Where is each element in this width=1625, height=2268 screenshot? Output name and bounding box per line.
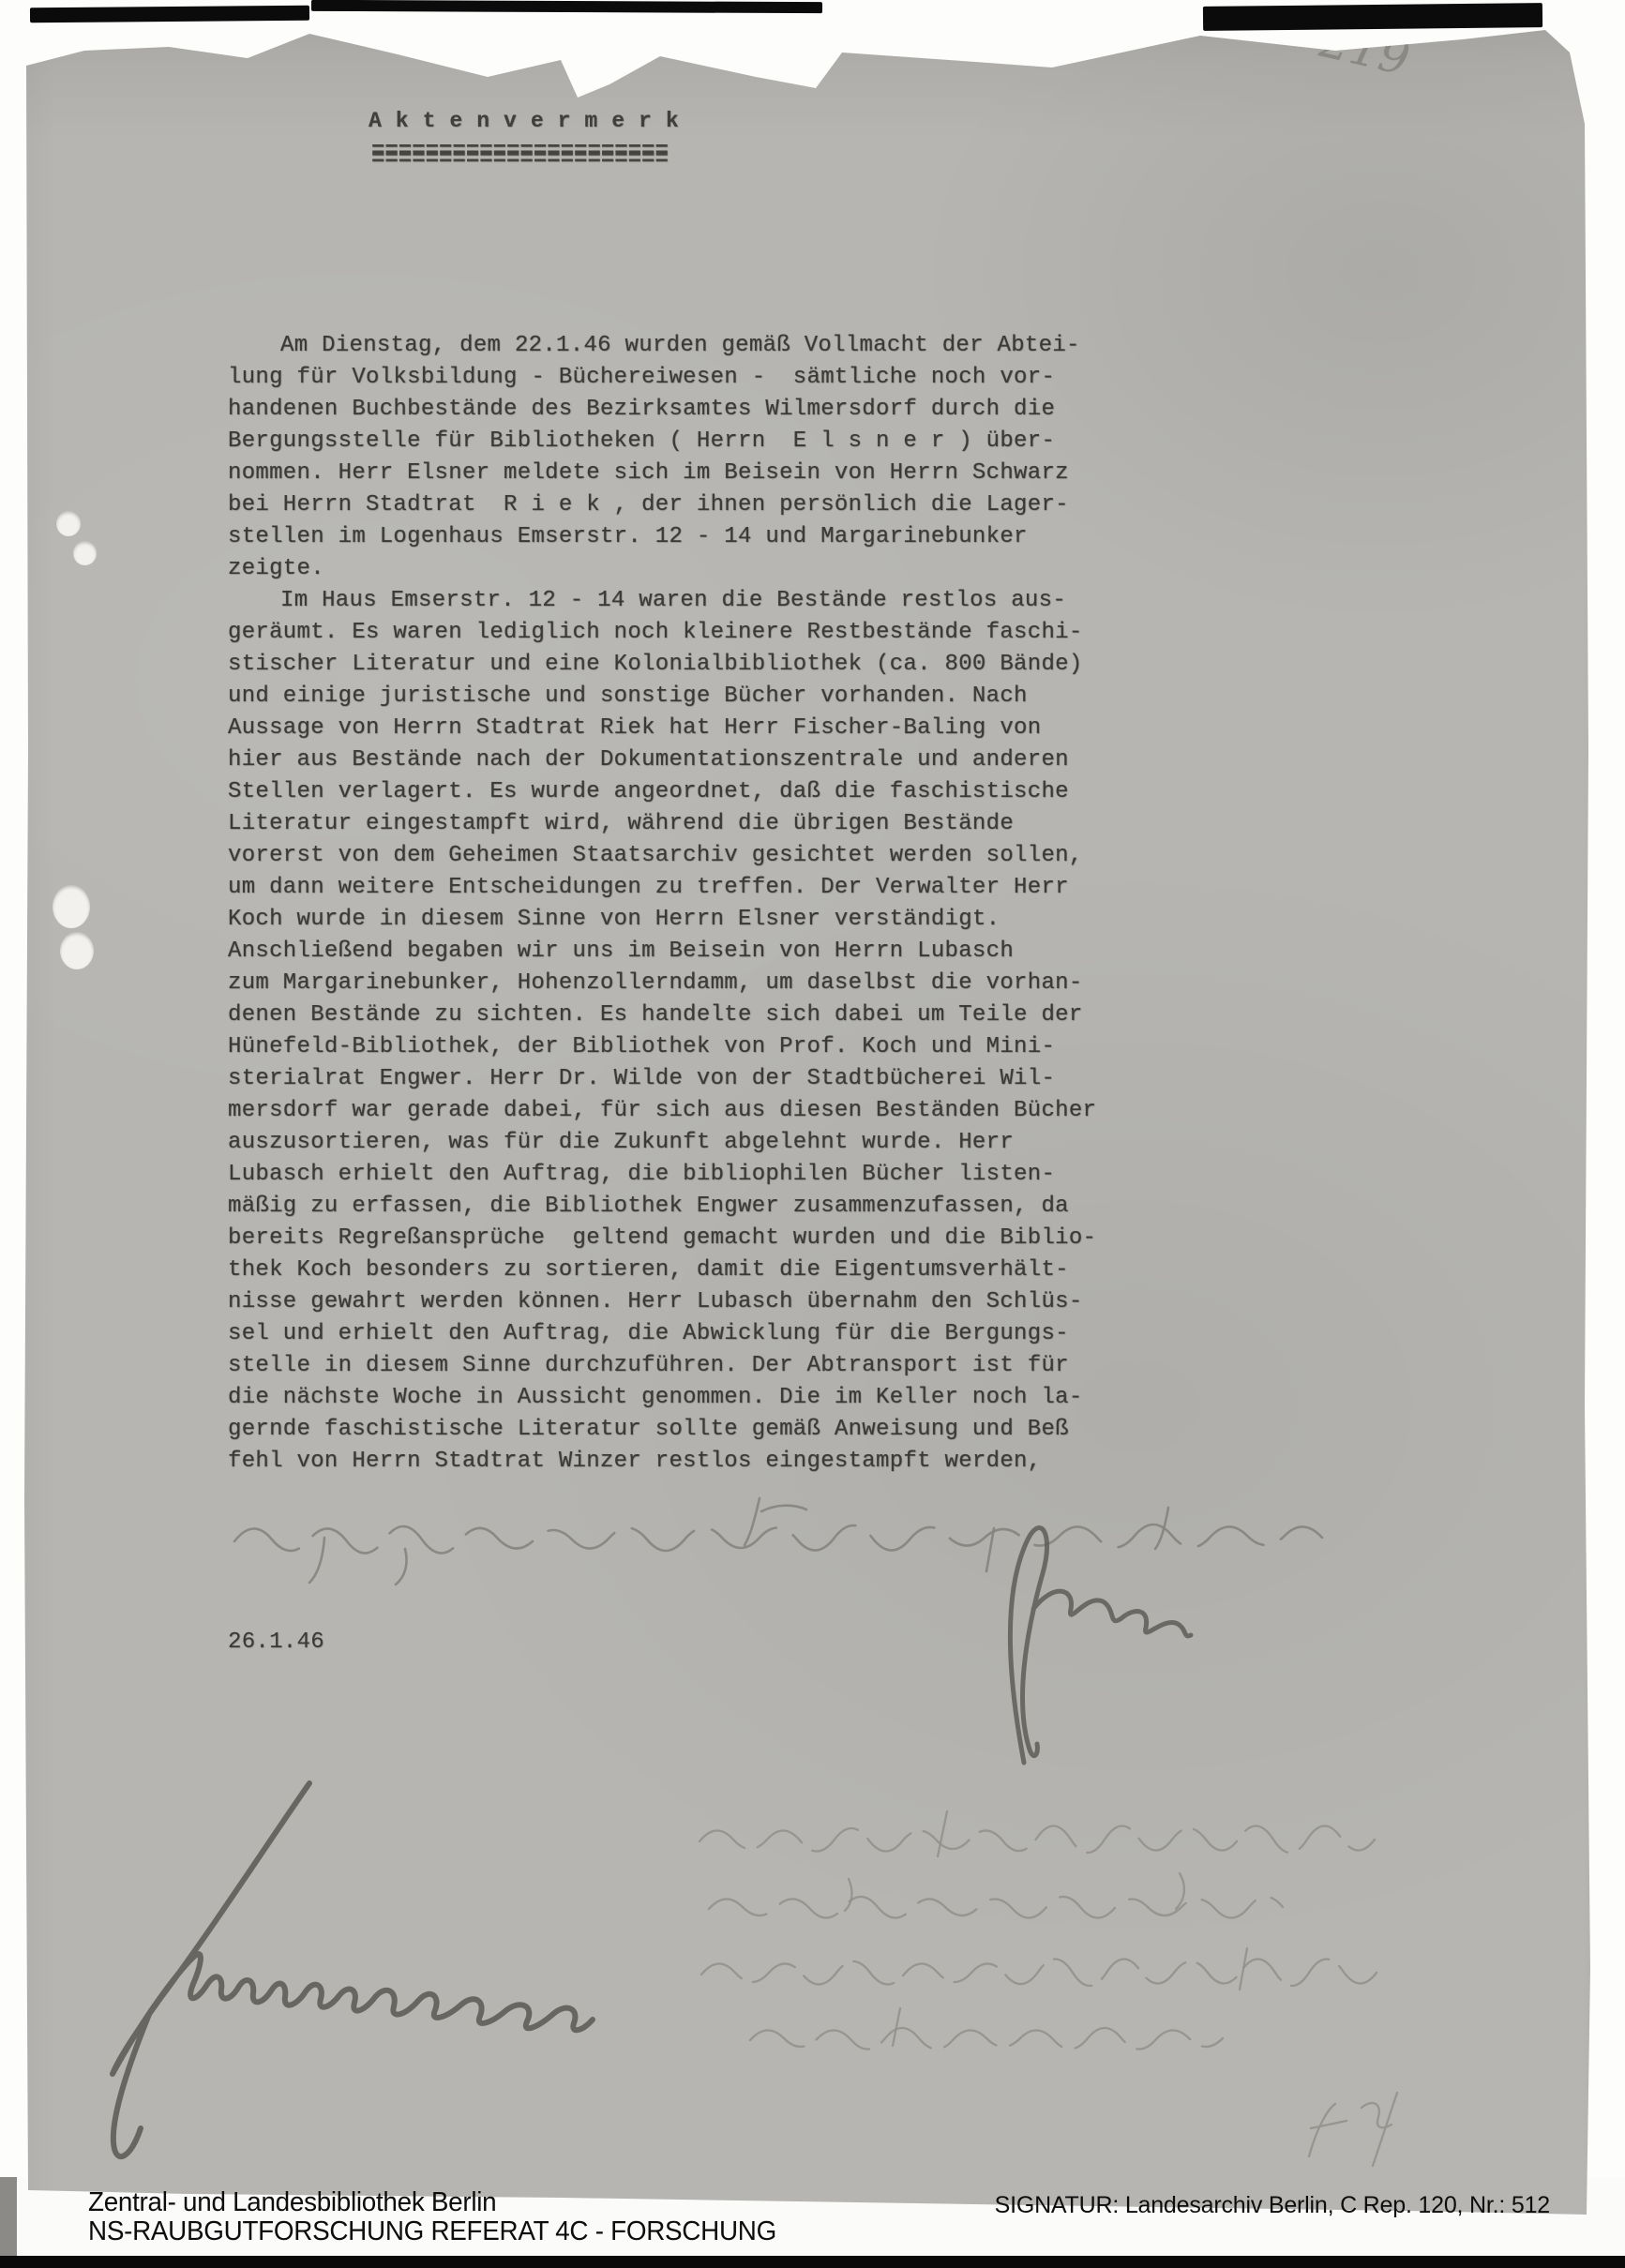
typed-line: nommen. Herr Elsner meldete sich im Beis… [228,458,1096,489]
scan-edge-artifact [311,0,822,13]
typed-line: Koch wurde in diesem Sinne von Herrn Els… [228,904,1096,936]
typed-line: Bergungsstelle für Bibliotheken ( Herrn … [228,426,1096,458]
footer-signatur: SIGNATUR: Landesarchiv Berlin, C Rep. 12… [995,2192,1550,2219]
typed-line: denen Bestände zu sichten. Es handelte s… [228,999,1096,1031]
typed-line: nisse gewahrt werden können. Herr Lubasc… [228,1286,1096,1318]
memo-paragraph: Im Haus Emserstr. 12 - 14 waren die Best… [228,585,1096,1478]
typed-line: fehl von Herrn Stadtrat Winzer restlos e… [228,1446,1096,1478]
scan-edge-artifact [0,2177,17,2256]
typed-line: Anschließend begaben wir uns im Beisein … [228,936,1096,968]
signature-bottom-left [113,1783,593,2156]
typed-line: hier aus Bestände nach der Dokumentation… [228,744,1096,776]
typed-line: stischer Literatur und eine Kolonialbibl… [228,649,1096,681]
typed-line: sterialrat Engwer. Herr Dr. Wilde von de… [228,1063,1096,1095]
typed-line: gernde faschistische Literatur sollte ge… [228,1414,1096,1446]
pencil-note-row [750,2028,1223,2050]
typed-line: lung für Volksbildung - Büchereiwesen - … [228,362,1096,394]
signature-right [1010,1527,1191,1763]
paper-sheet: 219 A k t e n v e r m e r k ============… [0,0,1625,2268]
typed-line: zum Margarinebunker, Hohenzollerndamm, u… [228,968,1096,999]
typed-line: thek Koch besonders zu sortieren, damit … [228,1254,1096,1286]
footer-department: NS-RAUBGUTFORSCHUNG REFERAT 4C - FORSCHU… [88,2217,776,2246]
pencil-note-accents [845,1811,1247,2046]
typed-line: auszusortieren, was für die Zukunft abge… [228,1127,1096,1159]
punch-hole [53,885,90,928]
typed-line: bei Herrn Stadtrat R i e k , der ihnen p… [228,489,1096,521]
typed-line: Stellen verlagert. Es wurde angeordnet, … [228,776,1096,808]
pencil-initials-mark [1309,2093,1397,2166]
typed-line: Literatur eingestampft wird, während die… [228,808,1096,840]
typed-line: und einige juristische und sonstige Büch… [228,681,1096,713]
pencil-annotation-stroke [234,1525,1322,1554]
typed-line: geräumt. Es waren lediglich noch kleiner… [228,617,1096,649]
memo-date: 26.1.46 [228,1630,324,1655]
typed-line: mersdorf war gerade dabei, für sich aus … [228,1095,1096,1127]
pencil-note-row [709,1897,1283,1918]
pencil-annotation-accents [309,1498,1168,1585]
typed-line: Aussage von Herrn Stadtrat Riek hat Herr… [228,713,1096,744]
typed-line: stelle in diesem Sinne durchzuführen. De… [228,1350,1096,1382]
typed-line: die nächste Woche in Aussicht genommen. … [228,1382,1096,1414]
typed-line: um dann weitere Entscheidungen zu treffe… [228,872,1096,904]
typed-line: zeigte. [228,553,1096,585]
memo-body: Am Dienstag, dem 22.1.46 wurden gemäß Vo… [228,330,1096,1478]
typed-line: handenen Buchbestände des Bezirksamtes W… [228,394,1096,426]
punch-hole [60,932,94,969]
scan-edge-artifact [30,6,309,23]
scanned-document-page: 219 A k t e n v e r m e r k ============… [0,0,1625,2268]
title-underline: ====================== [371,147,669,173]
scan-edge-artifact [1203,3,1542,31]
typed-line: stellen im Logenhaus Emserstr. 12 - 14 u… [228,521,1096,553]
typed-line: Im Haus Emserstr. 12 - 14 waren die Best… [228,585,1096,617]
scan-bottom-bar [0,2256,1625,2268]
typed-line: Am Dienstag, dem 22.1.46 wurden gemäß Vo… [228,330,1096,362]
footer-left: Zentral- und Landesbibliothek Berlin NS-… [88,2188,776,2246]
footer-institution: Zentral- und Landesbibliothek Berlin [88,2188,776,2217]
punch-hole [73,541,97,565]
typed-line: sel und erhielt den Auftrag, die Abwickl… [228,1318,1096,1350]
pencil-note-row [701,1959,1377,1986]
typed-line: Hünefeld-Bibliothek, der Bibliothek von … [228,1031,1096,1063]
typed-line: Lubasch erhielt den Auftrag, die bibliop… [228,1159,1096,1191]
document-title: A k t e n v e r m e r k [369,109,679,133]
pencil-note-row [700,1825,1375,1853]
memo-paragraph: Am Dienstag, dem 22.1.46 wurden gemäß Vo… [228,330,1096,585]
typed-line: mäßig zu erfassen, die Bibliothek Engwer… [228,1191,1096,1223]
punch-hole [56,511,81,536]
typed-line: vorerst von dem Geheimen Staatsarchiv ge… [228,840,1096,872]
typed-line: bereits Regreßansprüche geltend gemacht … [228,1223,1096,1254]
